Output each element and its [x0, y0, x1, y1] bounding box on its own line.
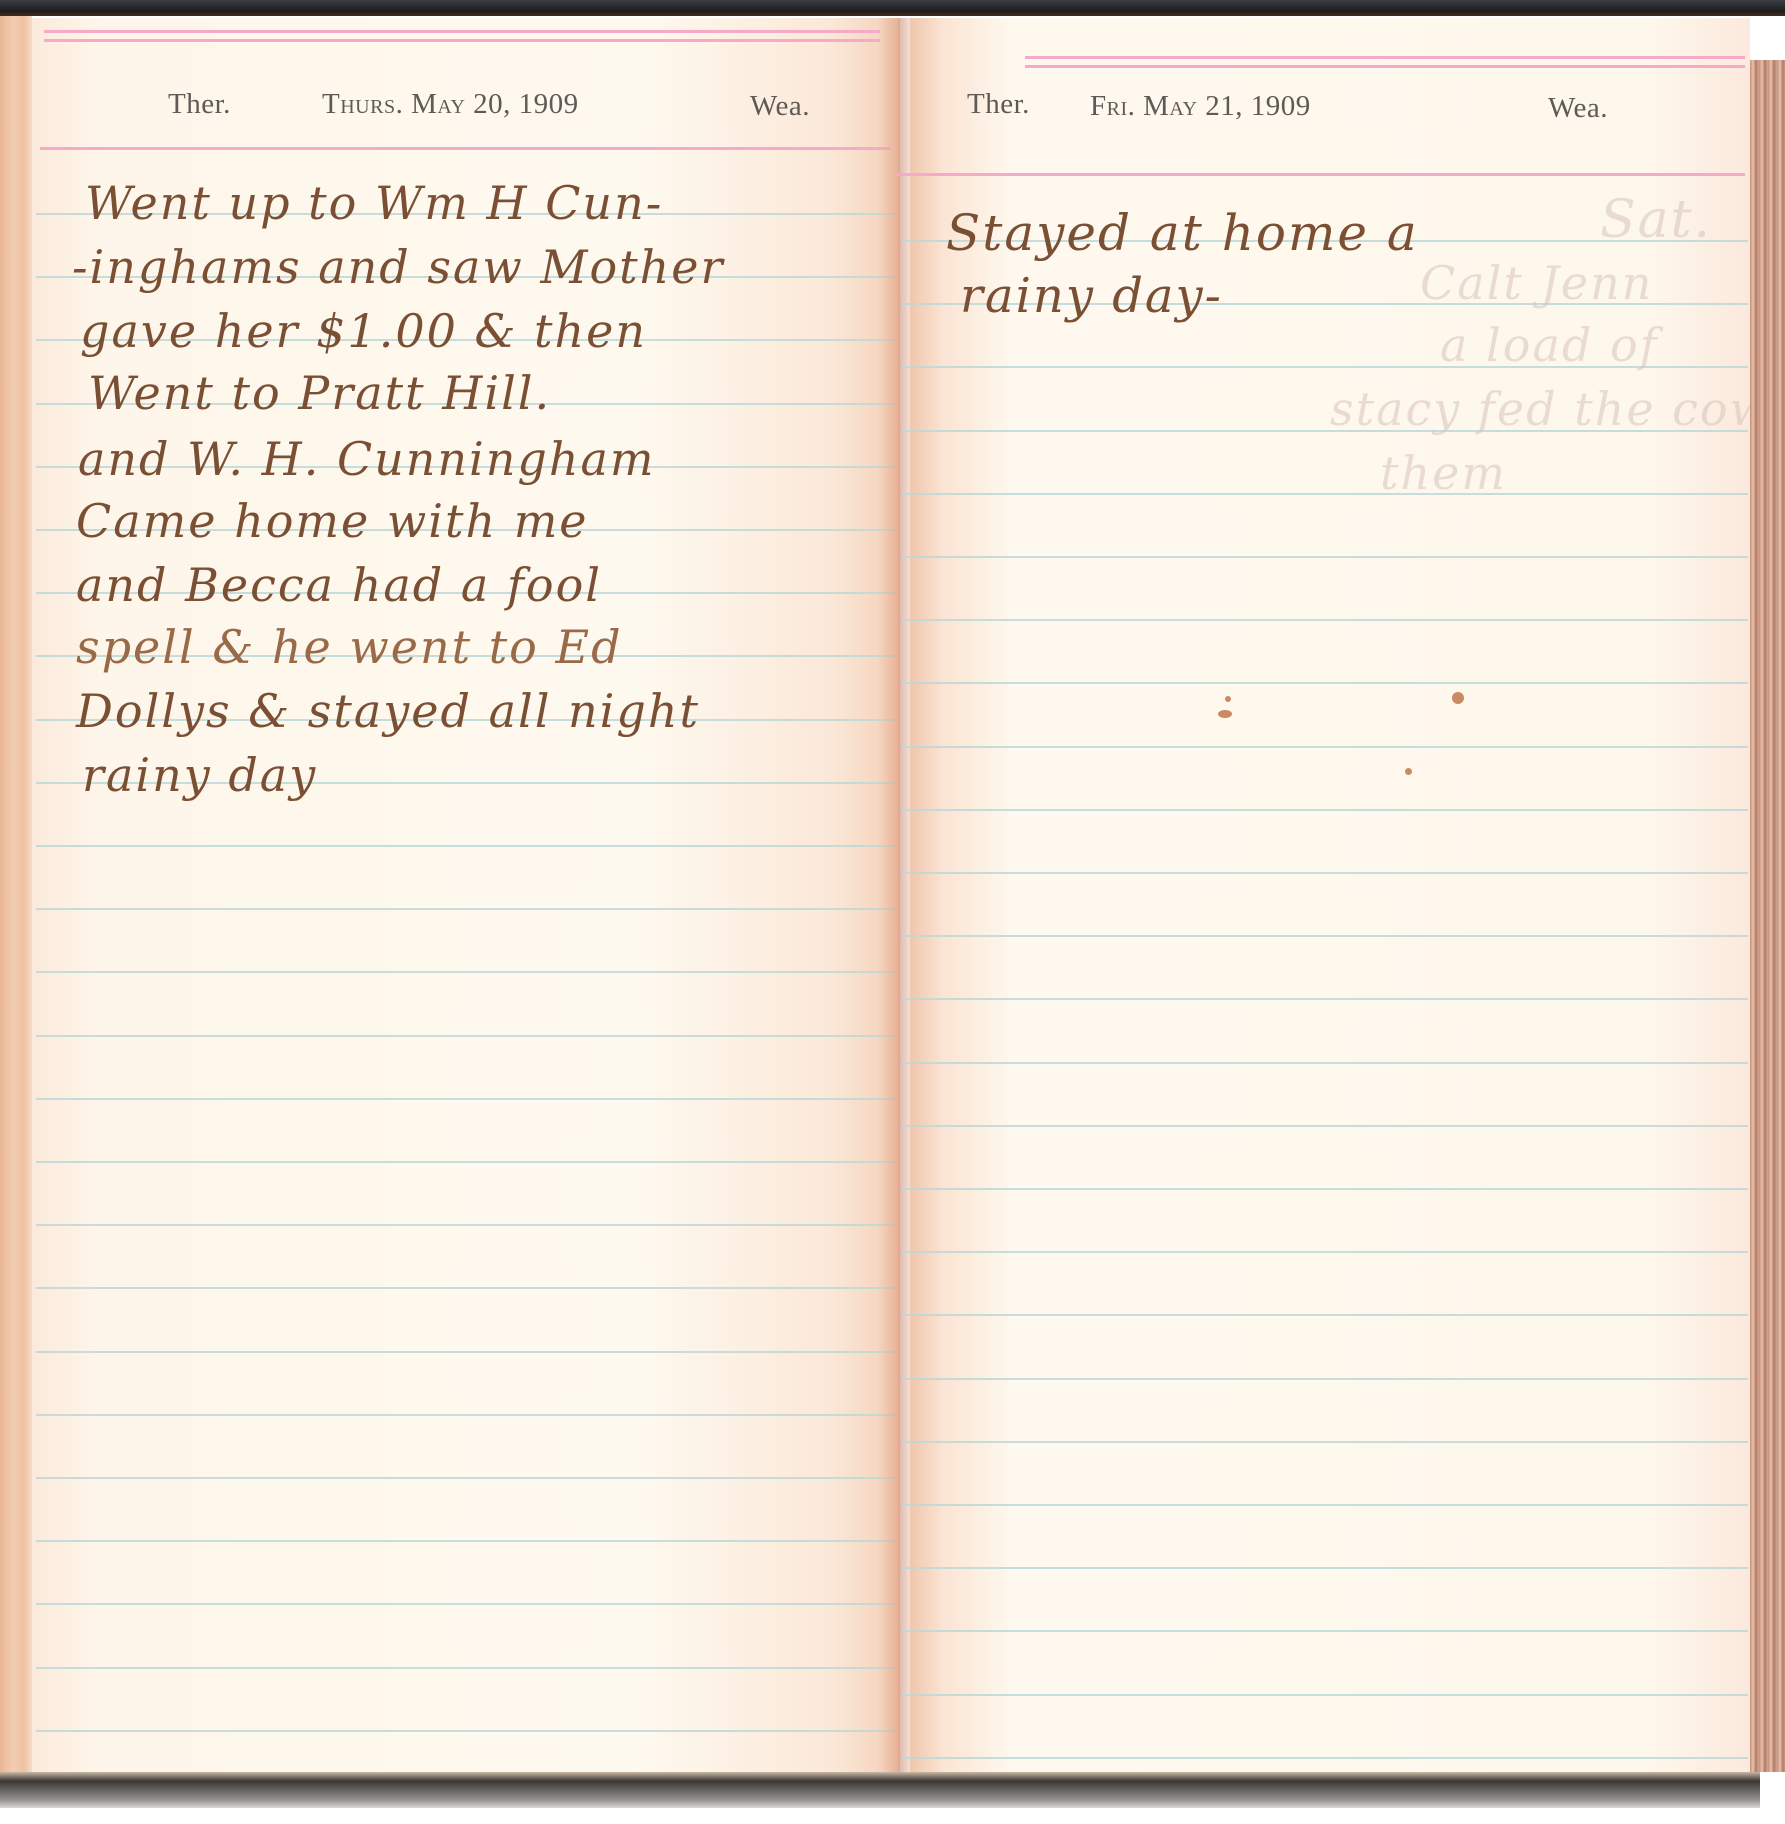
ruled-line — [36, 908, 896, 910]
entry-line: spell & he went to Ed — [76, 620, 623, 674]
ruled-line — [36, 971, 896, 973]
ruled-line — [902, 556, 1748, 558]
header-separator-rule-right — [895, 173, 1745, 176]
wea-label-left: Wea. — [750, 90, 810, 123]
bleed-through-text: them — [1380, 446, 1507, 500]
ruled-line — [36, 1161, 896, 1163]
ruled-line — [902, 1251, 1748, 1253]
entry-line: Came home with me — [76, 494, 589, 548]
bleed-through-text: Sat. — [1600, 190, 1712, 250]
ruled-line — [902, 1062, 1748, 1064]
ruled-line — [902, 619, 1748, 621]
ruled-line — [36, 1730, 896, 1732]
ruled-line — [36, 1287, 896, 1289]
ther-label-left: Ther. — [168, 88, 231, 121]
book-page-stack-right — [1750, 60, 1785, 1772]
ruled-line — [902, 1188, 1748, 1190]
header-double-rule-top — [44, 30, 880, 33]
ruled-line — [902, 682, 1748, 684]
ruled-line — [36, 1035, 896, 1037]
wea-label-right: Wea. — [1548, 92, 1608, 125]
header-double-rule-bottom — [44, 39, 880, 42]
ruled-line — [36, 1224, 896, 1226]
ruled-line — [36, 1414, 896, 1416]
entry-line: Went up to Wm H Cun- — [85, 176, 663, 230]
header-double-rule-top-right — [1025, 56, 1745, 59]
date-right: May 21, 1909 — [1143, 90, 1311, 122]
ruled-line — [36, 1540, 896, 1542]
book-page-stack-left — [0, 16, 32, 1774]
ruled-line — [36, 1351, 896, 1353]
page-date-right: Fri. May 21, 1909 — [1090, 90, 1311, 123]
ruled-line — [902, 872, 1748, 874]
entry-line: rainy day — [82, 748, 317, 802]
ruled-line — [36, 1098, 896, 1100]
ruled-line — [902, 809, 1748, 811]
book-cover-top-edge — [0, 0, 1785, 16]
ink-spot — [1405, 768, 1412, 775]
entry-line: rainy day- — [960, 268, 1223, 324]
ruled-line — [36, 1603, 896, 1605]
ruled-line — [902, 1441, 1748, 1443]
entry-line: and W. H. Cunningham — [78, 432, 656, 486]
date-left: May 20, 1909 — [411, 88, 579, 120]
book-cover-bottom-edge — [0, 1772, 1760, 1808]
ink-spot — [1452, 692, 1464, 704]
ruled-line — [902, 998, 1748, 1000]
ink-spot — [1218, 710, 1232, 718]
ruled-line — [902, 493, 1748, 495]
ruled-line — [902, 1694, 1748, 1696]
ruled-line — [902, 1314, 1748, 1316]
weekday-left: Thurs. — [322, 88, 403, 120]
ruled-line — [902, 1630, 1748, 1632]
header-separator-rule — [40, 147, 890, 150]
bleed-through-text: stacy fed the cow — [1330, 382, 1771, 436]
page-date-left: Thurs. May 20, 1909 — [322, 88, 579, 121]
entry-line: Went to Pratt Hill. — [88, 366, 551, 420]
ruled-line — [36, 1667, 896, 1669]
ruled-line — [36, 1477, 896, 1479]
ruled-line — [902, 746, 1748, 748]
bleed-through-text: Calt Jenn — [1420, 256, 1653, 310]
ruled-line — [902, 1504, 1748, 1506]
entry-line: -inghams and saw Mother — [72, 240, 725, 294]
ruled-line — [902, 1757, 1748, 1759]
ruled-line — [902, 935, 1748, 937]
ther-label-right: Ther. — [967, 88, 1030, 121]
ruled-line — [902, 1567, 1748, 1569]
ruled-line — [36, 845, 896, 847]
weekday-right: Fri. — [1090, 90, 1135, 122]
bleed-through-text: a load of — [1440, 318, 1659, 372]
ruled-line — [902, 1125, 1748, 1127]
ruled-line — [902, 1378, 1748, 1380]
entry-line: and Becca had a fool — [76, 558, 602, 612]
entry-line: gave her $1.00 & then — [80, 304, 647, 358]
entry-line: Dollys & stayed all night — [76, 684, 700, 738]
ink-spot — [1225, 696, 1231, 702]
header-double-rule-bottom-right — [1025, 65, 1745, 68]
entry-line: Stayed at home a — [946, 204, 1419, 262]
